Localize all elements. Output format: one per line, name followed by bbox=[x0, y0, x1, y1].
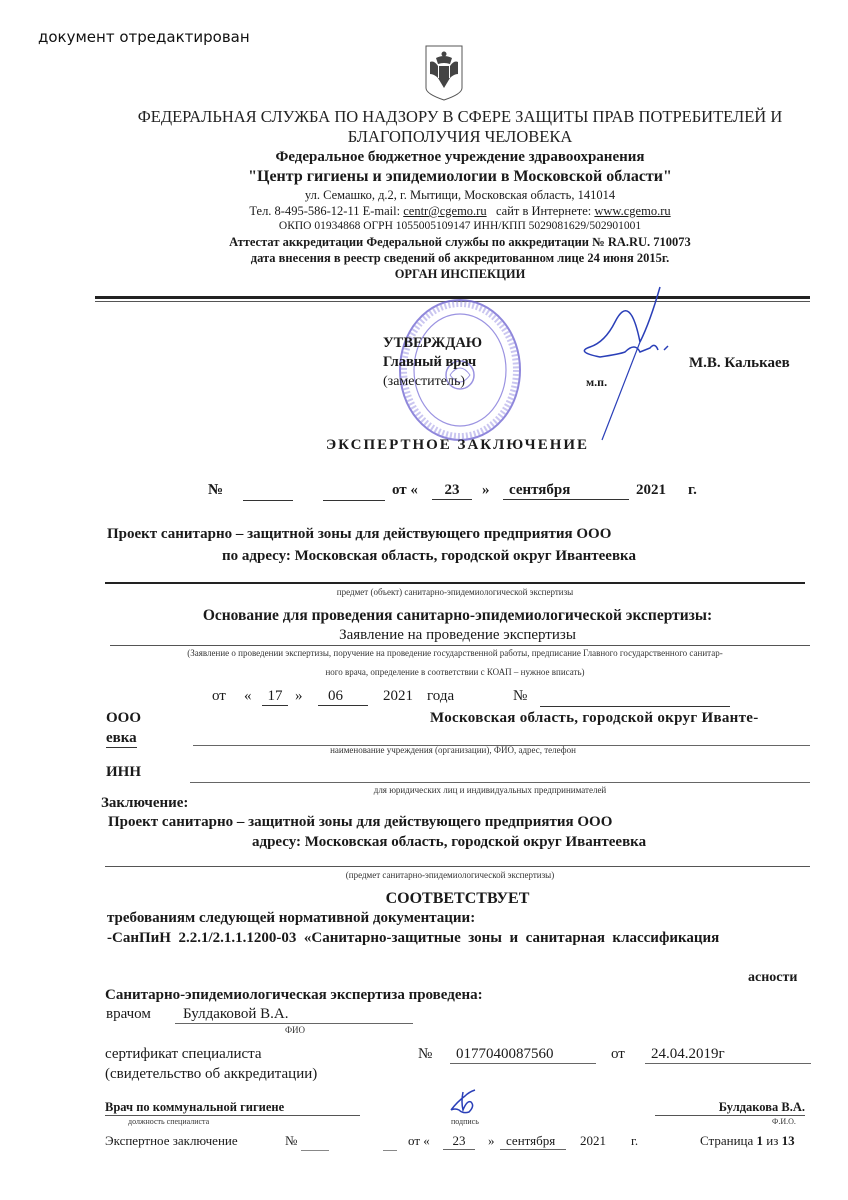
stamp-place: м.п. bbox=[586, 375, 607, 390]
email-link[interactable]: centr@cgemo.ru bbox=[403, 204, 486, 218]
subject-underline bbox=[105, 582, 805, 584]
applicant-caption: наименование учреждения (организации), Ф… bbox=[193, 745, 713, 755]
page-total: 13 bbox=[782, 1133, 795, 1148]
institution-name-line2: "Центр гигиены и эпидемиологии в Московс… bbox=[100, 167, 820, 187]
basis-year: 2021 bbox=[383, 688, 413, 705]
document-number-blank-1 bbox=[243, 500, 293, 501]
page-current: 1 bbox=[757, 1133, 764, 1148]
expert-heading: Санитарно-эпидемиологическая экспертиза … bbox=[105, 987, 483, 1004]
cert-number: 0177040087560 bbox=[450, 1046, 596, 1064]
footer-number-sign: № bbox=[285, 1133, 297, 1149]
chief-signature-icon bbox=[540, 282, 690, 442]
footer-label: Экспертное заключение bbox=[105, 1133, 238, 1149]
inn-label: ИНН bbox=[106, 764, 141, 781]
cert-number-sign: № bbox=[418, 1046, 432, 1063]
inn-underline bbox=[190, 782, 810, 783]
institution-address: ул. Семашко, д.2, г. Мытищи, Московская … bbox=[100, 187, 820, 203]
agency-name-line2: БЛАГОПОЛУЧИЯ ЧЕЛОВЕКА bbox=[100, 127, 820, 147]
inspection-body: ОРГАН ИНСПЕКЦИИ bbox=[100, 266, 820, 282]
subject-line-2: по адресу: Московская область, городской… bbox=[222, 545, 636, 567]
footer-year-suffix: г. bbox=[631, 1133, 638, 1149]
basis-number-blank bbox=[540, 706, 730, 707]
norm-reference: -СанПиН 2.2.1/2.1.1.1200-03 «Санитарно-з… bbox=[107, 930, 719, 947]
basis-year-suffix: года bbox=[427, 688, 454, 705]
cert-from: от bbox=[611, 1046, 625, 1063]
document-year: 2021 bbox=[636, 482, 666, 499]
site-link[interactable]: www.cgemo.ru bbox=[594, 204, 670, 218]
cert-date: 24.04.2019г bbox=[645, 1046, 811, 1064]
document-year-suffix: г. bbox=[688, 482, 697, 499]
agency-name: ФЕДЕРАЛЬНАЯ СЛУЖБА ПО НАДЗОРУ В СФЕРЕ ЗА… bbox=[100, 107, 820, 127]
footer-date-close: » bbox=[488, 1133, 495, 1149]
specialist-name: Булдакова В.А. bbox=[655, 1100, 805, 1116]
document-date-open: от « bbox=[392, 482, 418, 499]
registry-date: дата внесения в реестр сведений об аккре… bbox=[100, 250, 820, 266]
expert-name: Булдаковой В.А. bbox=[175, 1006, 413, 1024]
applicant-address-cont: евка bbox=[106, 730, 137, 748]
accreditation-certificate: Аттестат аккредитации Федеральной службы… bbox=[100, 234, 820, 250]
edited-notice: документ отредактирован bbox=[38, 28, 250, 46]
conclusion-heading: Заключение: bbox=[101, 795, 188, 812]
inn-caption: для юридических лиц и индивидуальных пре… bbox=[190, 785, 790, 795]
applicant-address: Московская область, городской округ Иван… bbox=[430, 710, 759, 727]
coat-of-arms-icon bbox=[424, 44, 464, 100]
applicant-org: ООО bbox=[106, 710, 141, 727]
basis-day: 17 bbox=[262, 688, 288, 706]
conclusion-caption: (предмет санитарно-эпидемиологической эк… bbox=[150, 870, 750, 880]
document-month: сентября bbox=[503, 482, 629, 500]
footer-month: сентября bbox=[500, 1133, 566, 1150]
subject-caption: предмет (объект) санитарно-эпидемиологич… bbox=[105, 587, 805, 597]
specialist-position: Врач по коммунальной гигиене bbox=[105, 1100, 360, 1116]
specialist-signature-icon bbox=[445, 1088, 485, 1116]
specialist-position-caption: должность специалиста bbox=[128, 1117, 209, 1126]
specialist-name-caption: Ф.И.О. bbox=[772, 1117, 796, 1126]
document-date-close: » bbox=[482, 482, 490, 499]
requirements-label: требованиям следующей нормативной докуме… bbox=[107, 910, 475, 927]
document-number-sign: № bbox=[208, 482, 223, 499]
document-day: 23 bbox=[432, 482, 472, 500]
signature-caption: подпись bbox=[451, 1117, 479, 1126]
document-number-blank-2 bbox=[323, 500, 385, 501]
subject-line-1: Проект санитарно – защитной зоны для дей… bbox=[107, 523, 611, 545]
cert-label: сертификат специалиста bbox=[105, 1046, 262, 1063]
basis-number-sign: № bbox=[513, 688, 527, 705]
basis-quote-close: » bbox=[295, 688, 303, 705]
page-indicator: Страница 1 из 13 bbox=[700, 1133, 795, 1149]
basis-month: 06 bbox=[318, 688, 368, 706]
conclusion-underline bbox=[105, 866, 810, 867]
approval-position: Главный врач bbox=[383, 353, 482, 372]
page-label: Страница bbox=[700, 1133, 753, 1148]
footer-number-blank-1 bbox=[301, 1150, 329, 1151]
footer-day: 23 bbox=[443, 1133, 475, 1150]
basis-value: Заявление на проведение экспертизы bbox=[100, 627, 815, 644]
footer-date-open: от « bbox=[408, 1133, 430, 1149]
norm-reference-tail: асности bbox=[748, 970, 797, 986]
basis-caption-2: ного врача, определение в соответствии с… bbox=[90, 667, 820, 677]
approval-title: УТВЕРЖДАЮ bbox=[383, 334, 482, 353]
contact-line: Тел. 8-495-586-12-11 E-mail: centr@cgemo… bbox=[100, 203, 820, 219]
basis-quote-open: « bbox=[244, 688, 252, 705]
approver-name: М.В. Калькаев bbox=[689, 355, 790, 372]
basis-heading: Основание для проведения санитарно-эпиде… bbox=[100, 607, 815, 625]
expert-name-caption: ФИО bbox=[270, 1025, 320, 1035]
basis-date-from: от bbox=[212, 688, 226, 705]
institution-name: Федеральное бюджетное учреждение здравоо… bbox=[100, 148, 820, 167]
conclusion-line-1: Проект санитарно – защитной зоны для дей… bbox=[108, 814, 612, 831]
expert-by-label: врачом bbox=[106, 1006, 151, 1023]
verdict: СООТВЕТСТВУЕТ bbox=[100, 890, 815, 908]
basis-caption-1: (Заявление о проведении экспертизы, пору… bbox=[90, 648, 820, 658]
registration-codes: ОКПО 01934868 ОГРН 1055005109147 ИНН/КПП… bbox=[100, 219, 820, 234]
cert-label-2: (свидетельство об аккредитации) bbox=[105, 1066, 317, 1083]
footer-year: 2021 bbox=[580, 1133, 606, 1149]
basis-underline bbox=[110, 645, 810, 646]
phone-label: Тел. 8-495-586-12-11 E-mail: bbox=[249, 204, 400, 218]
page-of: из bbox=[766, 1133, 778, 1148]
approval-deputy: (заместитель) bbox=[383, 372, 482, 391]
conclusion-line-2: адресу: Московская область, городской ок… bbox=[252, 834, 646, 851]
site-label: сайт в Интернете: bbox=[496, 204, 591, 218]
document-title: ЭКСПЕРТНОЕ ЗАКЛЮЧЕНИЕ bbox=[100, 437, 815, 454]
footer-number-blank-2 bbox=[383, 1150, 397, 1151]
